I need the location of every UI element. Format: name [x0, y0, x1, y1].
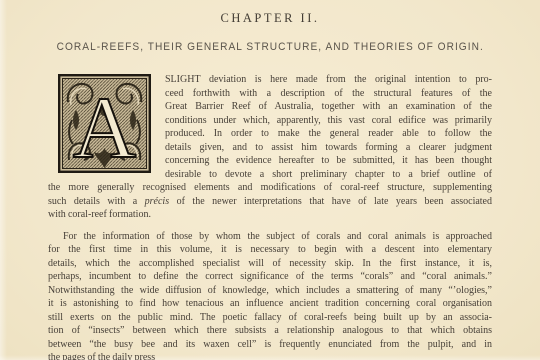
italic-word: précis — [145, 196, 169, 207]
text-line: Notwithstanding the wide diffusion of kn… — [48, 284, 492, 298]
drop-cap-letter: A — [73, 80, 137, 173]
text-line: between “the busy bee and its waxen cell… — [48, 338, 492, 352]
text-line: the more generally recognised elements a… — [48, 181, 492, 195]
paragraph-2: For the information of those by whom the… — [48, 230, 492, 360]
chapter-heading: CHAPTER II. — [0, 11, 540, 26]
chapter-subtitle: CORAL-REEFS, THEIR GENERAL STRUCTURE, AN… — [56, 41, 483, 53]
text-line: still exerts on the public mind. The poe… — [48, 311, 492, 325]
text-line: for the first time in this volume, it is… — [48, 243, 492, 257]
text-line: For the information of those by whom the… — [48, 230, 492, 244]
book-page: CHAPTER II. CORAL-REEFS, THEIR GENERAL S… — [0, 0, 540, 360]
text-line: tion of “insects” between which there su… — [48, 324, 492, 338]
chapter-subtitle-row: CORAL-REEFS, THEIR GENERAL STRUCTURE, AN… — [0, 37, 540, 55]
text-line: with coral-reef formation. — [48, 208, 492, 222]
text-run: of the newer interpretations that have o… — [169, 196, 492, 207]
drop-cap-ornament: A — [58, 74, 151, 173]
text-line-truncated: the pages of the daily press — [48, 351, 492, 360]
paragraph-1: A SLIGHT deviation is here made from the… — [48, 73, 492, 222]
page-body: A SLIGHT deviation is here made from the… — [48, 73, 492, 360]
text-line: perhaps, incumbent to define the correct… — [48, 270, 492, 284]
text-line: details, which the accomplished speciali… — [48, 257, 492, 271]
text-line: such details with a précis of the newer … — [48, 195, 492, 209]
text-line: it is astonishing to find how tenacious … — [48, 297, 492, 311]
text-run: such details with a — [48, 196, 145, 207]
